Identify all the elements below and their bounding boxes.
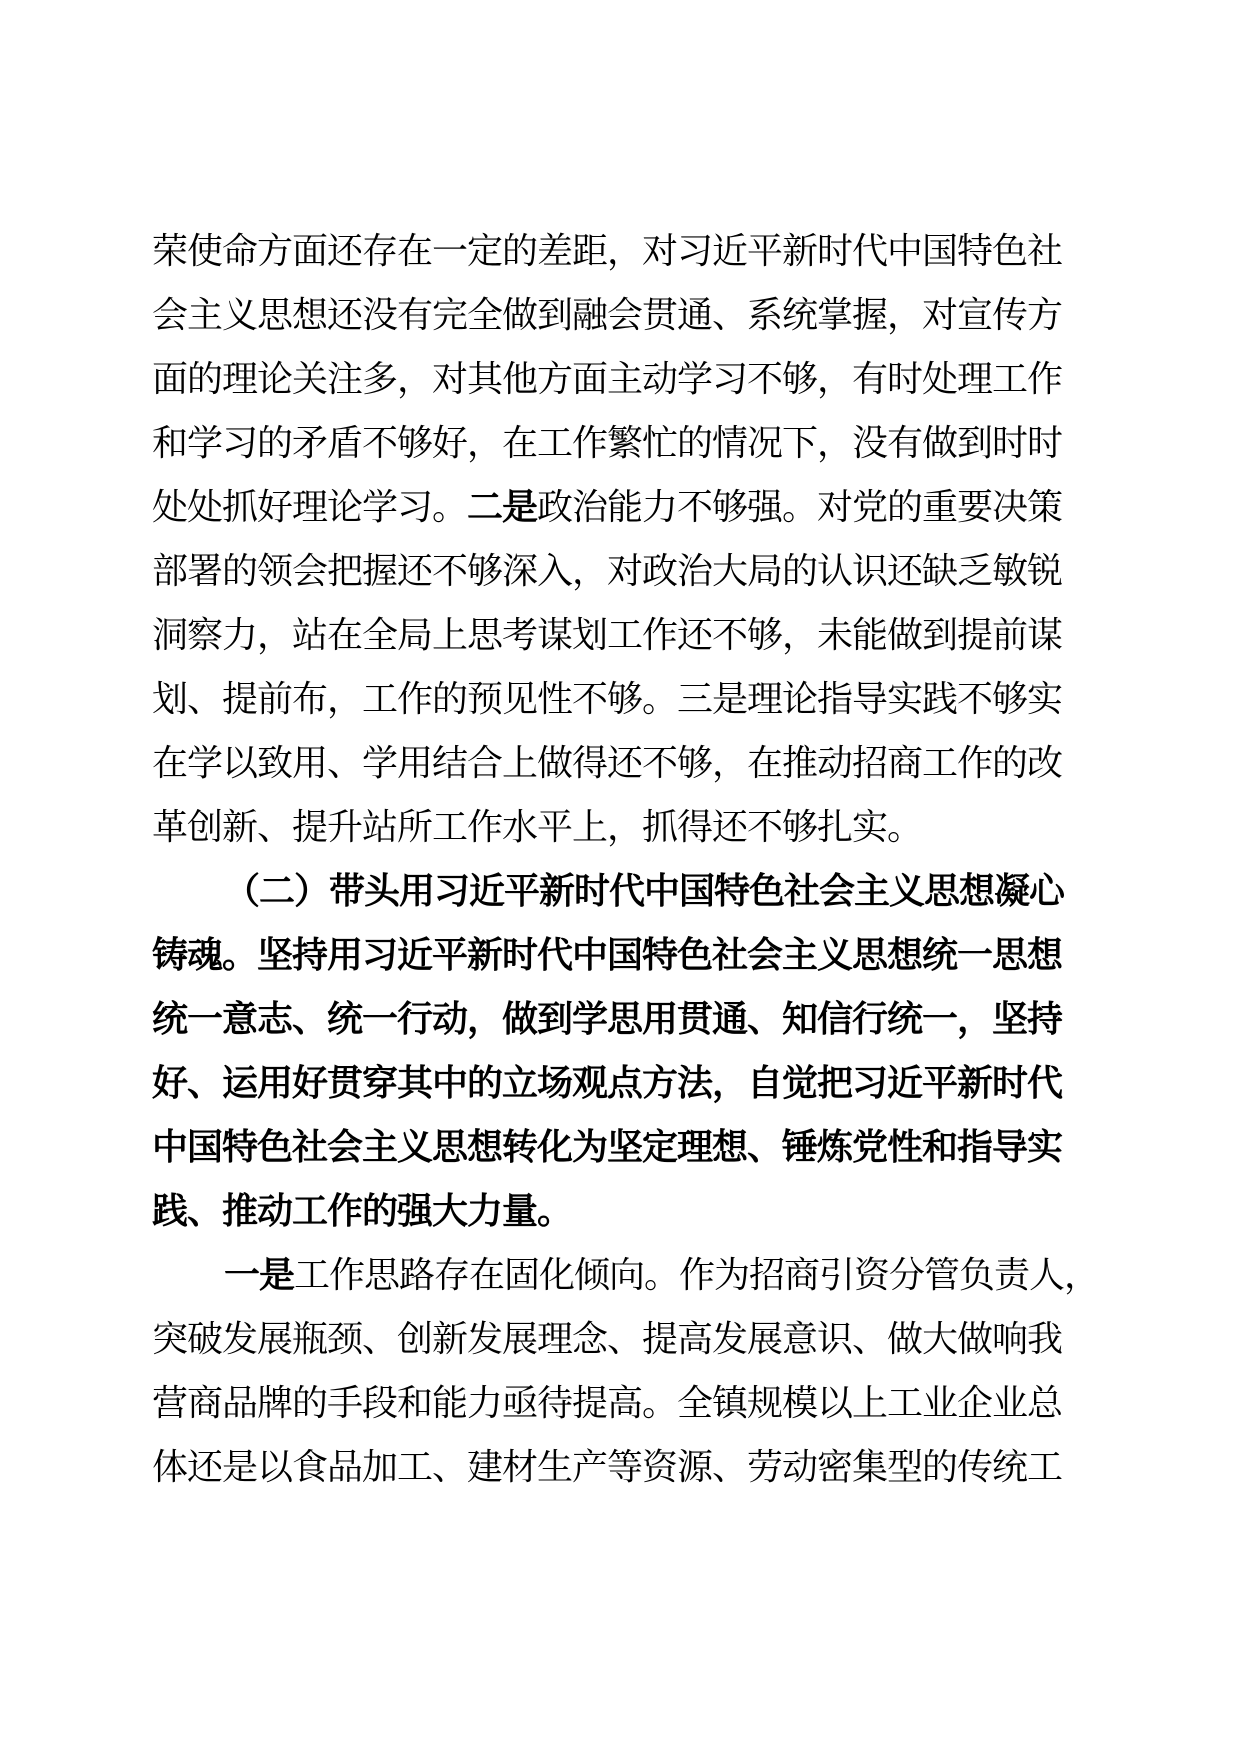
text-line: 体还是以食品加工、建材生产等资源、劳动密集型的传统工	[152, 1435, 1064, 1499]
text-segment-bold: （二）带头用习近平新时代中国特色社会主义思想凝心	[224, 870, 1064, 911]
text-line: （二）带头用习近平新时代中国特色社会主义思想凝心	[152, 859, 1064, 923]
text-line: 革创新、提升站所工作水平上，抓得还不够扎实。	[152, 795, 1064, 859]
text-segment-bold: 铸魂。坚持用习近平新时代中国特色社会主义思想统一思想	[152, 934, 1062, 975]
text-segment-bold: 一是	[224, 1254, 294, 1295]
text-line: 处处抓好理论学习。二是政治能力不够强。对党的重要决策	[152, 475, 1064, 539]
text-line: 铸魂。坚持用习近平新时代中国特色社会主义思想统一思想	[152, 923, 1064, 987]
text-segment: 处处抓好理论学习。	[152, 486, 467, 527]
text-segment: 会主义思想还没有完全做到融会贯通、系统掌握，对宣传方	[152, 294, 1062, 335]
text-line: 面的理论关注多，对其他方面主动学习不够，有时处理工作	[152, 347, 1064, 411]
text-line: 部署的领会把握还不够深入，对政治大局的认识还缺乏敏锐	[152, 539, 1064, 603]
text-line: 洞察力，站在全局上思考谋划工作还不够，未能做到提前谋	[152, 603, 1064, 667]
text-segment: 革创新、提升站所工作水平上，抓得还不够扎实。	[152, 806, 922, 847]
text-line: 突破发展瓶颈、创新发展理念、提高发展意识、做大做响我	[152, 1307, 1064, 1371]
text-line: 在学以致用、学用结合上做得还不够，在推动招商工作的改	[152, 731, 1064, 795]
text-segment: 突破发展瓶颈、创新发展理念、提高发展意识、做大做响我	[152, 1318, 1062, 1359]
document-text: 荣使命方面还存在一定的差距，对习近平新时代中国特色社会主义思想还没有完全做到融会…	[152, 219, 1064, 1499]
text-segment: 政治能力不够强。对党的重要决策	[537, 486, 1062, 527]
text-line: 划、提前布，工作的预见性不够。三是理论指导实践不够实	[152, 667, 1064, 731]
text-segment-bold: 中国特色社会主义思想转化为坚定理想、锤炼党性和指导实	[152, 1126, 1062, 1167]
text-line: 营商品牌的手段和能力亟待提高。全镇规模以上工业企业总	[152, 1371, 1064, 1435]
text-line: 荣使命方面还存在一定的差距，对习近平新时代中国特色社	[152, 219, 1064, 283]
text-segment: 面的理论关注多，对其他方面主动学习不够，有时处理工作	[152, 358, 1062, 399]
text-line: 会主义思想还没有完全做到融会贯通、系统掌握，对宣传方	[152, 283, 1064, 347]
text-line: 统一意志、统一行动，做到学思用贯通、知信行统一，坚持	[152, 987, 1064, 1051]
text-line: 中国特色社会主义思想转化为坚定理想、锤炼党性和指导实	[152, 1115, 1064, 1179]
text-segment: 体还是以食品加工、建材生产等资源、劳动密集型的传统工	[152, 1446, 1062, 1487]
paragraph-theory-study-shortcomings: 荣使命方面还存在一定的差距，对习近平新时代中国特色社会主义思想还没有完全做到融会…	[152, 219, 1064, 859]
paragraph-heading-two: （二）带头用习近平新时代中国特色社会主义思想凝心铸魂。坚持用习近平新时代中国特色…	[152, 859, 1064, 1243]
text-segment: 荣使命方面还存在一定的差距，对习近平新时代中国特色社	[152, 230, 1062, 271]
text-segment: 划、提前布，工作的预见性不够。三是理论指导实践不够实	[152, 678, 1062, 719]
text-segment: 和学习的矛盾不够好，在工作繁忙的情况下，没有做到时时	[152, 422, 1062, 463]
text-line: 践、推动工作的强大力量。	[152, 1179, 1064, 1243]
text-segment: 工作思路存在固化倾向。作为招商引资分管负责人，	[294, 1254, 1099, 1295]
text-segment: 在学以致用、学用结合上做得还不够，在推动招商工作的改	[152, 742, 1062, 783]
text-segment: 营商品牌的手段和能力亟待提高。全镇规模以上工业企业总	[152, 1382, 1062, 1423]
text-line: 和学习的矛盾不够好，在工作繁忙的情况下，没有做到时时	[152, 411, 1064, 475]
text-segment: 洞察力，站在全局上思考谋划工作还不够，未能做到提前谋	[152, 614, 1062, 655]
text-segment: 部署的领会把握还不够深入，对政治大局的认识还缺乏敏锐	[152, 550, 1062, 591]
text-segment-bold: 好、运用好贯穿其中的立场观点方法，自觉把习近平新时代	[152, 1062, 1062, 1103]
text-line: 一是工作思路存在固化倾向。作为招商引资分管负责人，	[152, 1243, 1064, 1307]
paragraph-first-issue: 一是工作思路存在固化倾向。作为招商引资分管负责人，突破发展瓶颈、创新发展理念、提…	[152, 1243, 1064, 1499]
document-page: 荣使命方面还存在一定的差距，对习近平新时代中国特色社会主义思想还没有完全做到融会…	[0, 0, 1240, 1754]
text-segment-bold: 统一意志、统一行动，做到学思用贯通、知信行统一，坚持	[152, 998, 1062, 1039]
text-line: 好、运用好贯穿其中的立场观点方法，自觉把习近平新时代	[152, 1051, 1064, 1115]
text-segment-bold: 二是	[467, 486, 537, 527]
text-segment-bold: 践、推动工作的强大力量。	[152, 1190, 572, 1231]
